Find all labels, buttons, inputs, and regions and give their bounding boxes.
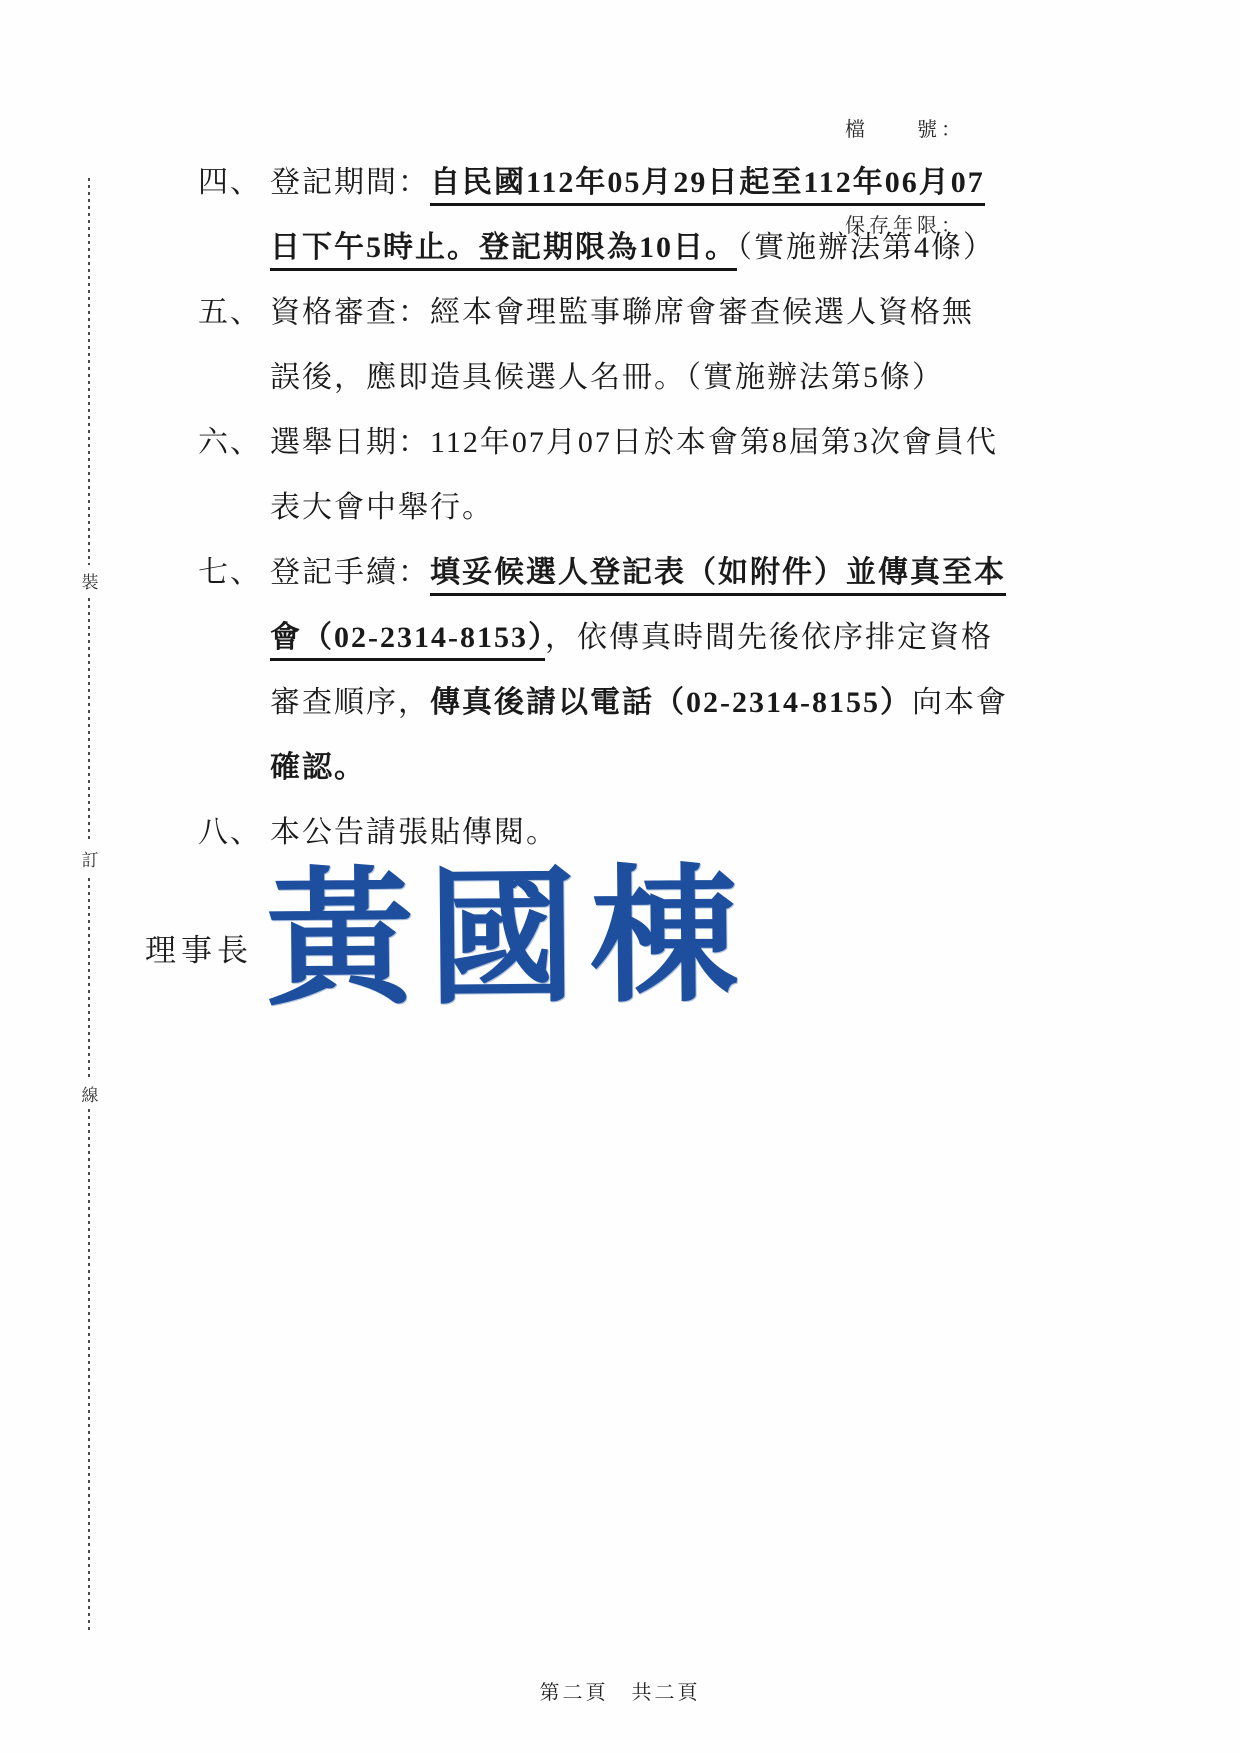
text-run: （實施辦法第4條） (737, 231, 995, 264)
text-run: 填妥候選人登記表（如附件）並傳真至本 (430, 556, 1006, 596)
text-run: 資格審查：經本會理監事聯席會審查候選人資格無 (270, 296, 974, 329)
text-run: 審查順序， (270, 686, 430, 719)
item-7-line-2: 會（02-2314-8153），依傳真時間先後依序排定資格 (198, 605, 1058, 670)
scanned-announcement-page: 檔 號： 保存年限： 裝 訂 線 四、登記期間：自民國112年05月29日起至1… (0, 0, 1240, 1753)
text-run: 本公告請張貼傳閱。 (270, 816, 558, 849)
text-run: 表大會中舉行。 (270, 491, 494, 524)
file-number-label: 檔 號： (845, 114, 965, 146)
binding-mark-ding: 訂 (79, 843, 101, 874)
item-5-line-2: 誤後，應即造具候選人名冊。（實施辦法第5條） (198, 345, 1058, 410)
item-7-line-3: 審查順序，傳真後請以電話（02-2314-8155）向本會 (198, 670, 1058, 735)
chairman-signature-stamp: 黃國棟 (265, 858, 752, 1022)
text-run: 自民國112年05月29日起至112年06月07 (430, 166, 985, 206)
binding-mark-xian: 線 (79, 1078, 101, 1109)
item-4-line-1: 四、登記期間：自民國112年05月29日起至112年06月07 (198, 150, 1058, 215)
page-number-footer: 第二頁 共二頁 (0, 1676, 1240, 1705)
text-run: ，依傳真時間先後依序排定資格 (545, 621, 993, 654)
item-8-number: 八、 (198, 800, 270, 865)
text-run: 誤後，應即造具候選人名冊。（實施辦法第5條） (270, 361, 944, 394)
item-7-line-1: 七、登記手續：填妥候選人登記表（如附件）並傳真至本 (198, 540, 1058, 605)
text-run: 登記手續： (270, 556, 430, 589)
item-8-line-1: 八、本公告請張貼傳閱。 (198, 800, 1058, 865)
item-7-number: 七、 (198, 540, 270, 605)
binding-mark-zhuang: 裝 (79, 565, 101, 596)
chairman-title: 理事長 (145, 925, 253, 970)
item-4-line-2: 日下午5時止。登記期限為10日。（實施辦法第4條） (198, 215, 1058, 280)
item-5-line-1: 五、資格審查：經本會理監事聯席會審查候選人資格無 (198, 280, 1058, 345)
text-run: 日下午5時止。登記期限為10日。 (270, 231, 737, 271)
text-run: 登記期間： (270, 166, 430, 199)
item-6-line-2: 表大會中舉行。 (198, 475, 1058, 540)
item-7-line-4: 確認。 (198, 735, 1058, 800)
item-6-number: 六、 (198, 410, 270, 475)
item-5-number: 五、 (198, 280, 270, 345)
text-run: 傳真後請以電話（02-2314-8155） (430, 686, 912, 719)
text-run: 確認。 (270, 751, 366, 784)
binding-dotted-line (88, 178, 90, 1630)
item-4-number: 四、 (198, 150, 270, 215)
text-run: 選舉日期：112年07月07日於本會第8屆第3次會員代 (270, 426, 998, 459)
announcement-items: 四、登記期間：自民國112年05月29日起至112年06月07日下午5時止。登記… (198, 150, 1058, 865)
text-run: 會（02-2314-8153） (270, 621, 545, 661)
item-6-line-1: 六、選舉日期：112年07月07日於本會第8屆第3次會員代 (198, 410, 1058, 475)
text-run: 向本會 (912, 686, 1008, 719)
